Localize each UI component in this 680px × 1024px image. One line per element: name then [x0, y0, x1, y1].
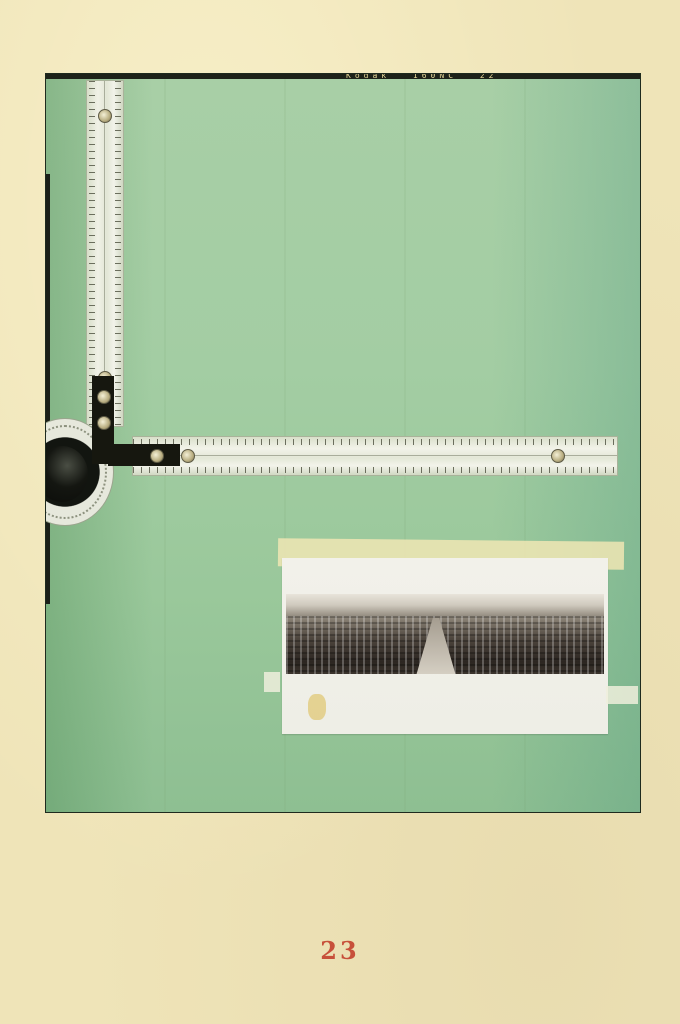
film-brand: Kodak: [346, 74, 390, 80]
screw-icon: [98, 109, 112, 123]
screw-icon: [97, 390, 111, 404]
page-number: 23: [0, 936, 680, 965]
film-edge-text: Kodak 160NC 22: [346, 74, 511, 80]
horizontal-ruler: [132, 436, 618, 476]
photo-print: Kodak 160NC 22: [46, 74, 640, 812]
tape-strip: [606, 686, 638, 704]
vertical-ruler: [86, 80, 124, 427]
screw-icon: [551, 449, 565, 463]
film-type: 160NC: [413, 74, 457, 80]
tape-strip: [264, 672, 280, 692]
boulevard: [416, 618, 456, 674]
screw-icon: [150, 449, 164, 463]
stain: [308, 694, 326, 720]
frame-number: 22: [480, 74, 498, 80]
elbow-bracket-arm: [108, 444, 180, 466]
film-edge: [46, 74, 640, 79]
panoramic-city-photo: [286, 594, 604, 674]
edge-shadow: [46, 174, 50, 604]
screw-icon: [97, 416, 111, 430]
screw-icon: [181, 449, 195, 463]
